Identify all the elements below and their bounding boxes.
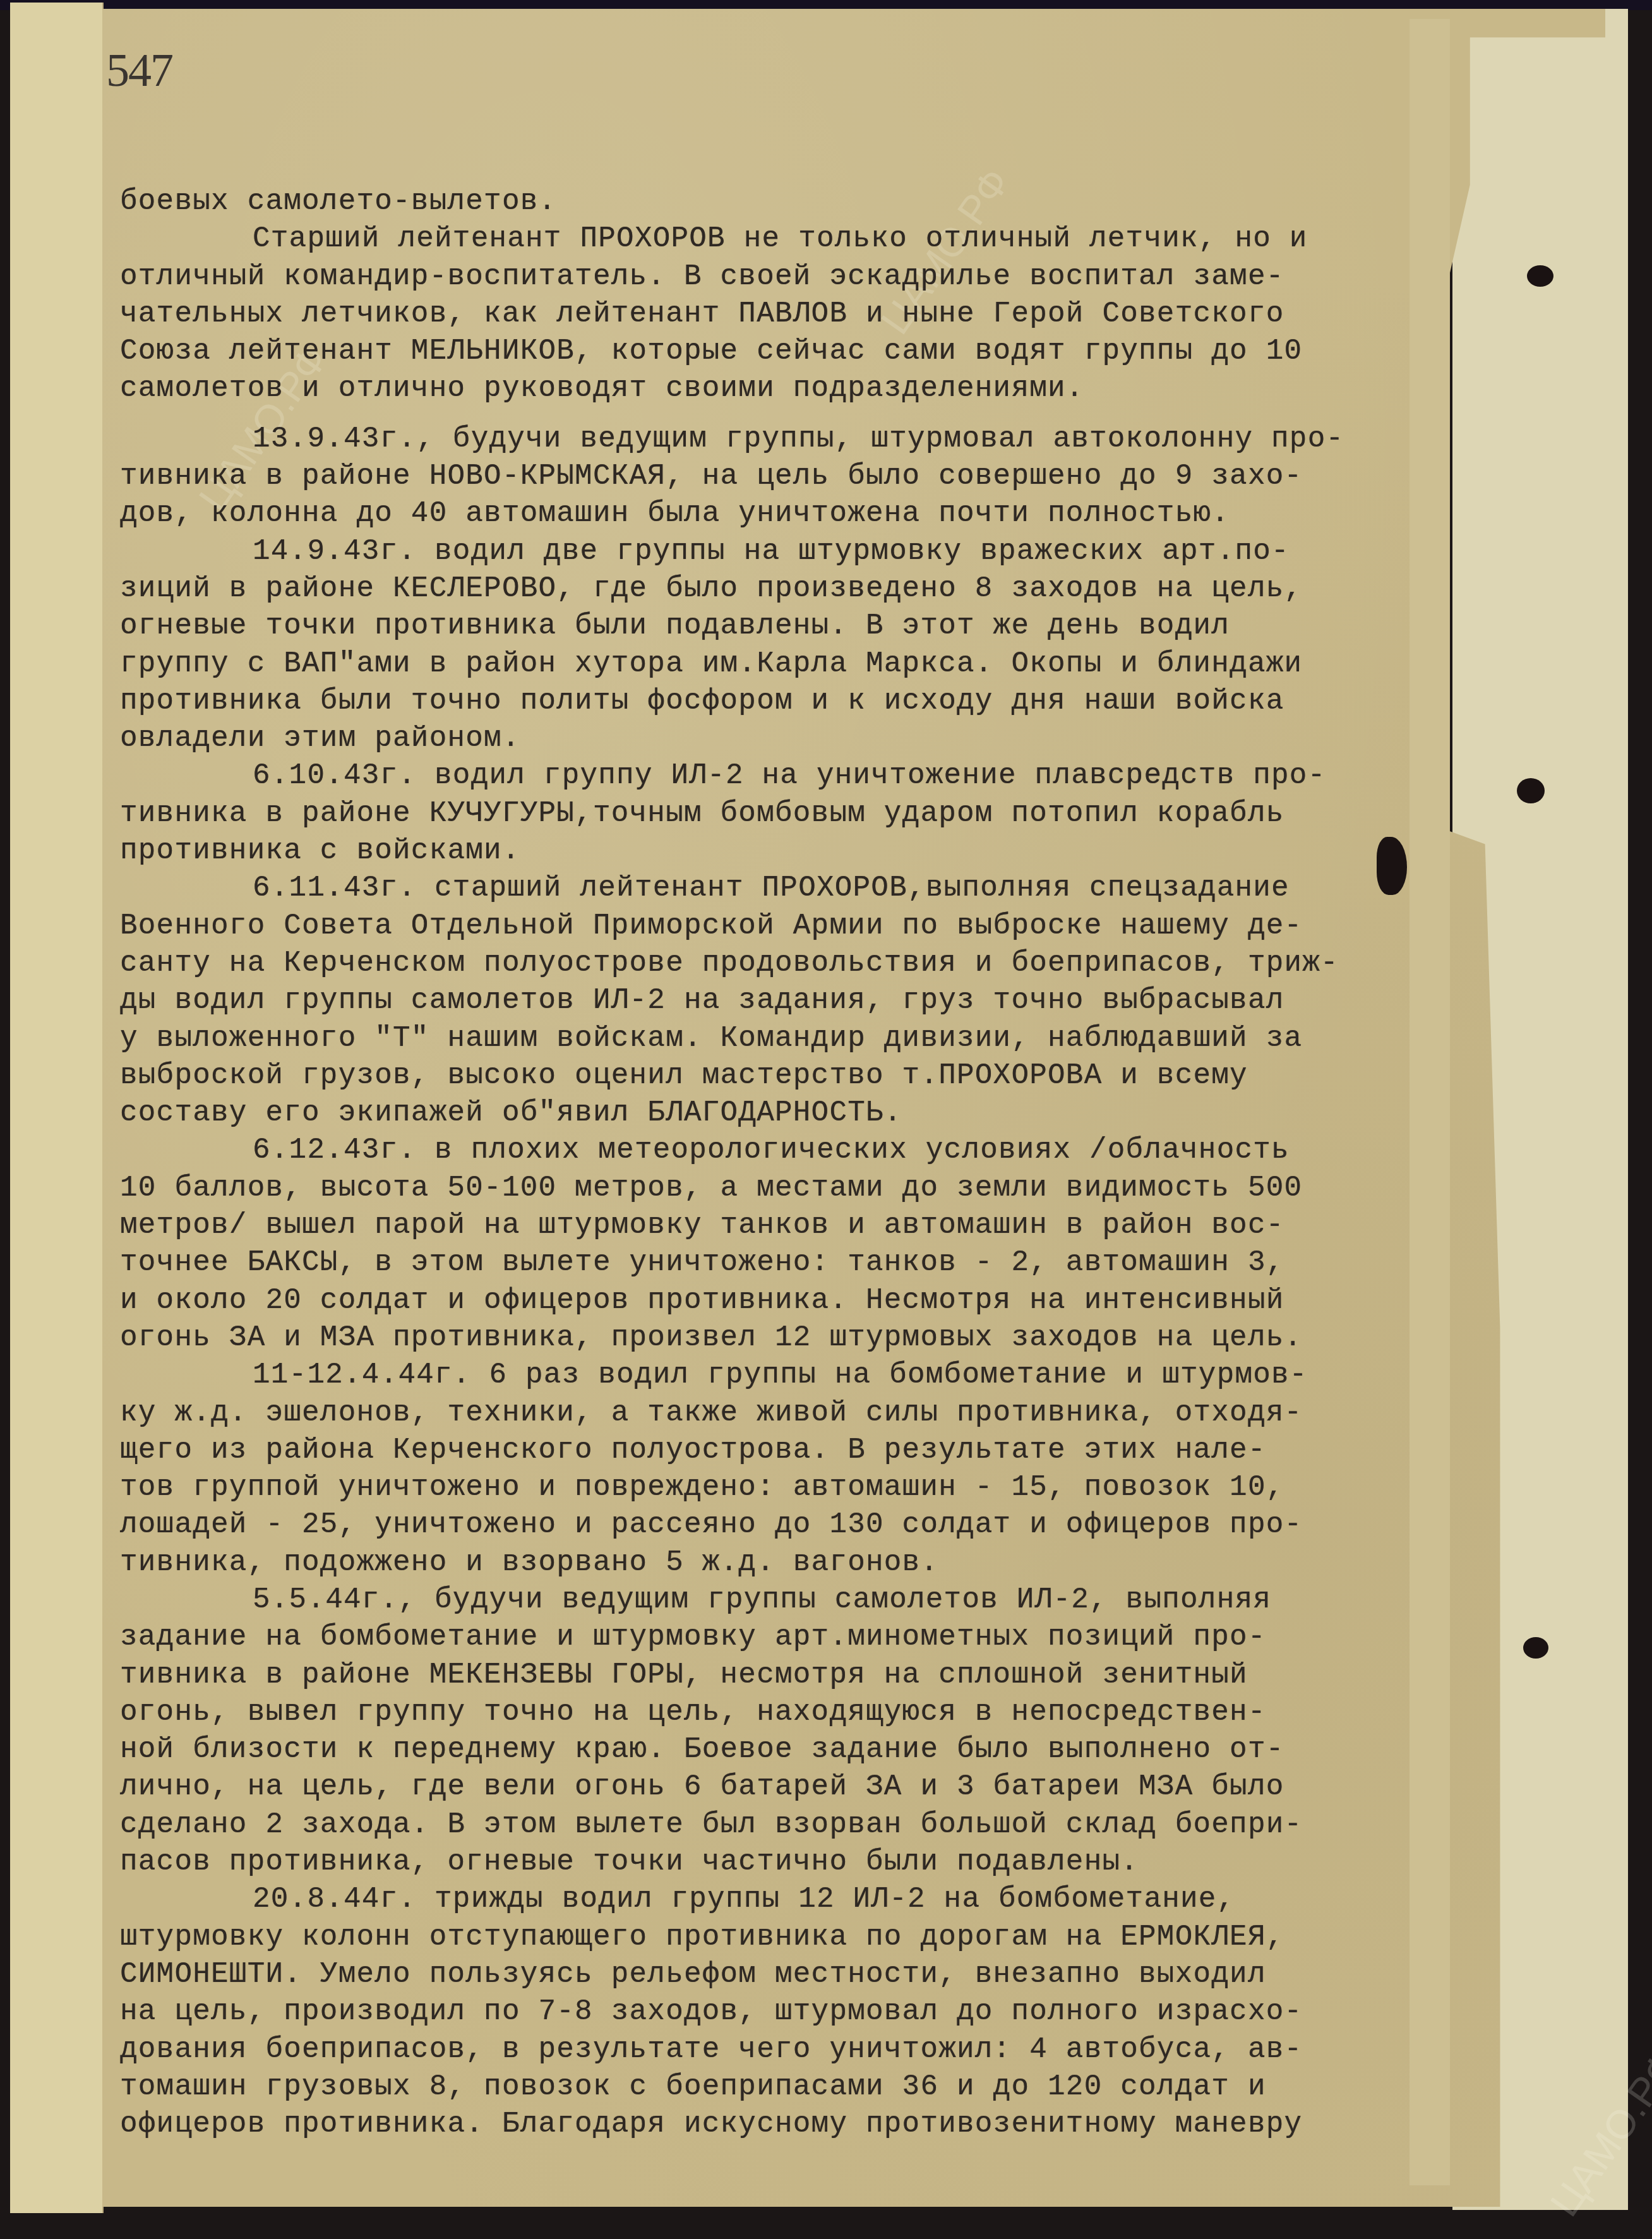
text-line: тов группой уничтожено и повреждено: авт… [120,1469,1465,1506]
text-line: офицеров противника. Благодаря искусному… [120,2106,1465,2143]
scan-frame-top [0,0,1652,10]
text-line: выброской грузов, высоко оценил мастерст… [120,1057,1465,1095]
punch-hole-icon [1523,1637,1548,1659]
text-line: Старший лейтенант ПРОХОРОВ не только отл… [120,220,1465,258]
text-line: группу с ВАП"ами в район хутора им.Карла… [120,645,1465,683]
text-line: огонь, вывел группу точно на цель, наход… [120,1694,1465,1731]
text-line: отличный командир-воспитатель. В своей э… [120,258,1465,296]
text-line: огневые точки противника были подавлены.… [120,608,1465,645]
text-line: 6.12.43г. в плохих метеорологических усл… [120,1132,1465,1169]
text-line: ды водил группы самолетов ИЛ-2 на задани… [120,982,1465,1019]
page-number: 547 [106,44,172,98]
text-line: огонь ЗА и МЗА противника, произвел 12 ш… [120,1319,1465,1357]
text-line: 11-12.4.44г. 6 раз водил группы на бомбо… [120,1357,1465,1394]
text-line: чательных летчиков, как лейтенант ПАВЛОВ… [120,296,1465,333]
text-line: на цель, производил по 7-8 заходов, штур… [120,1993,1465,2031]
text-line: тивника в районе МЕКЕНЗЕВЫ ГОРЫ, несмотр… [120,1657,1465,1694]
typewritten-text: боевых самолето-вылетов. Старший лейтена… [120,183,1465,2143]
text-line: задание на бомбометание и штурмовку арт.… [120,1619,1465,1656]
punch-hole-icon [1517,778,1545,803]
text-line: лично, на цель, где вели огонь 6 батарей… [120,1768,1465,1806]
mounting-strip-left [10,3,104,2213]
text-line: 5.5.44г., будучи ведущим группы самолето… [120,1582,1465,1619]
text-line: ной близости к переднему краю. Боевое за… [120,1731,1465,1768]
text-line: тивника в районе НОВО-КРЫМСКАЯ, на цель … [120,458,1465,495]
text-line: дования боеприпасов, в результате чего у… [120,2031,1465,2068]
text-line: 13.9.43г., будучи ведущим группы, штурмо… [120,421,1465,458]
text-line: щего из района Керченского полуострова. … [120,1432,1465,1469]
text-line: штурмовку колонн отступающего противника… [120,1919,1465,1956]
text-line: точнее БАКСЫ, в этом вылете уничтожено: … [120,1244,1465,1282]
punch-hole-icon [1527,265,1553,287]
text-line: составу его экипажей об"явил БЛАГОДАРНОС… [120,1095,1465,1132]
text-line: дов, колонна до 40 автомашин была уничто… [120,495,1465,532]
text-line: 14.9.43г. водил две группы на штурмовку … [120,533,1465,570]
text-line: тивника в районе КУЧУГУРЫ,точным бомбовы… [120,795,1465,832]
text-line: противника были точно политы фосфором и … [120,683,1465,720]
text-line: ку ж.д. эшелонов, техники, а также живой… [120,1395,1465,1432]
text-line: тивника, подожжено и взорвано 5 ж.д. ваг… [120,1544,1465,1582]
text-line: санту на Керченском полуострове продовол… [120,945,1465,982]
text-line: у выложенного "Т" нашим войскам. Команди… [120,1020,1465,1057]
text-line: Военного Совета Отдельной Приморской Арм… [120,908,1465,945]
text-line: метров/ вышел парой на штурмовку танков … [120,1207,1465,1244]
text-line: томашин грузовых 8, повозок с боеприпаса… [120,2068,1465,2106]
text-line: самолетов и отлично руководят своими под… [120,370,1465,407]
text-line: СИМОНЕШТИ. Умело пользуясь рельефом мест… [120,1956,1465,1993]
text-line: 10 баллов, высота 50-100 метров, а места… [120,1170,1465,1207]
text-line: Союза лейтенант МЕЛЬНИКОВ, которые сейча… [120,333,1465,370]
text-line: 6.10.43г. водил группу ИЛ-2 на уничтожен… [120,757,1465,795]
text-line: боевых самолето-вылетов. [120,183,1465,220]
text-line: 6.11.43г. старший лейтенант ПРОХОРОВ,вып… [120,870,1465,907]
text-line: 20.8.44г. трижды водил группы 12 ИЛ-2 на… [120,1881,1465,1918]
text-line: пасов противника, огневые точки частично… [120,1844,1465,1881]
text-line: противника с войсками. [120,832,1465,870]
text-line: овладели этим районом. [120,720,1465,757]
text-line: лошадей - 25, уничтожено и рассеяно до 1… [120,1506,1465,1544]
text-line: зиций в районе КЕСЛЕРОВО, где было произ… [120,570,1465,608]
text-line: и около 20 солдат и офицеров противника.… [120,1282,1465,1319]
text-line: сделано 2 захода. В этом вылете был взор… [120,1806,1465,1844]
